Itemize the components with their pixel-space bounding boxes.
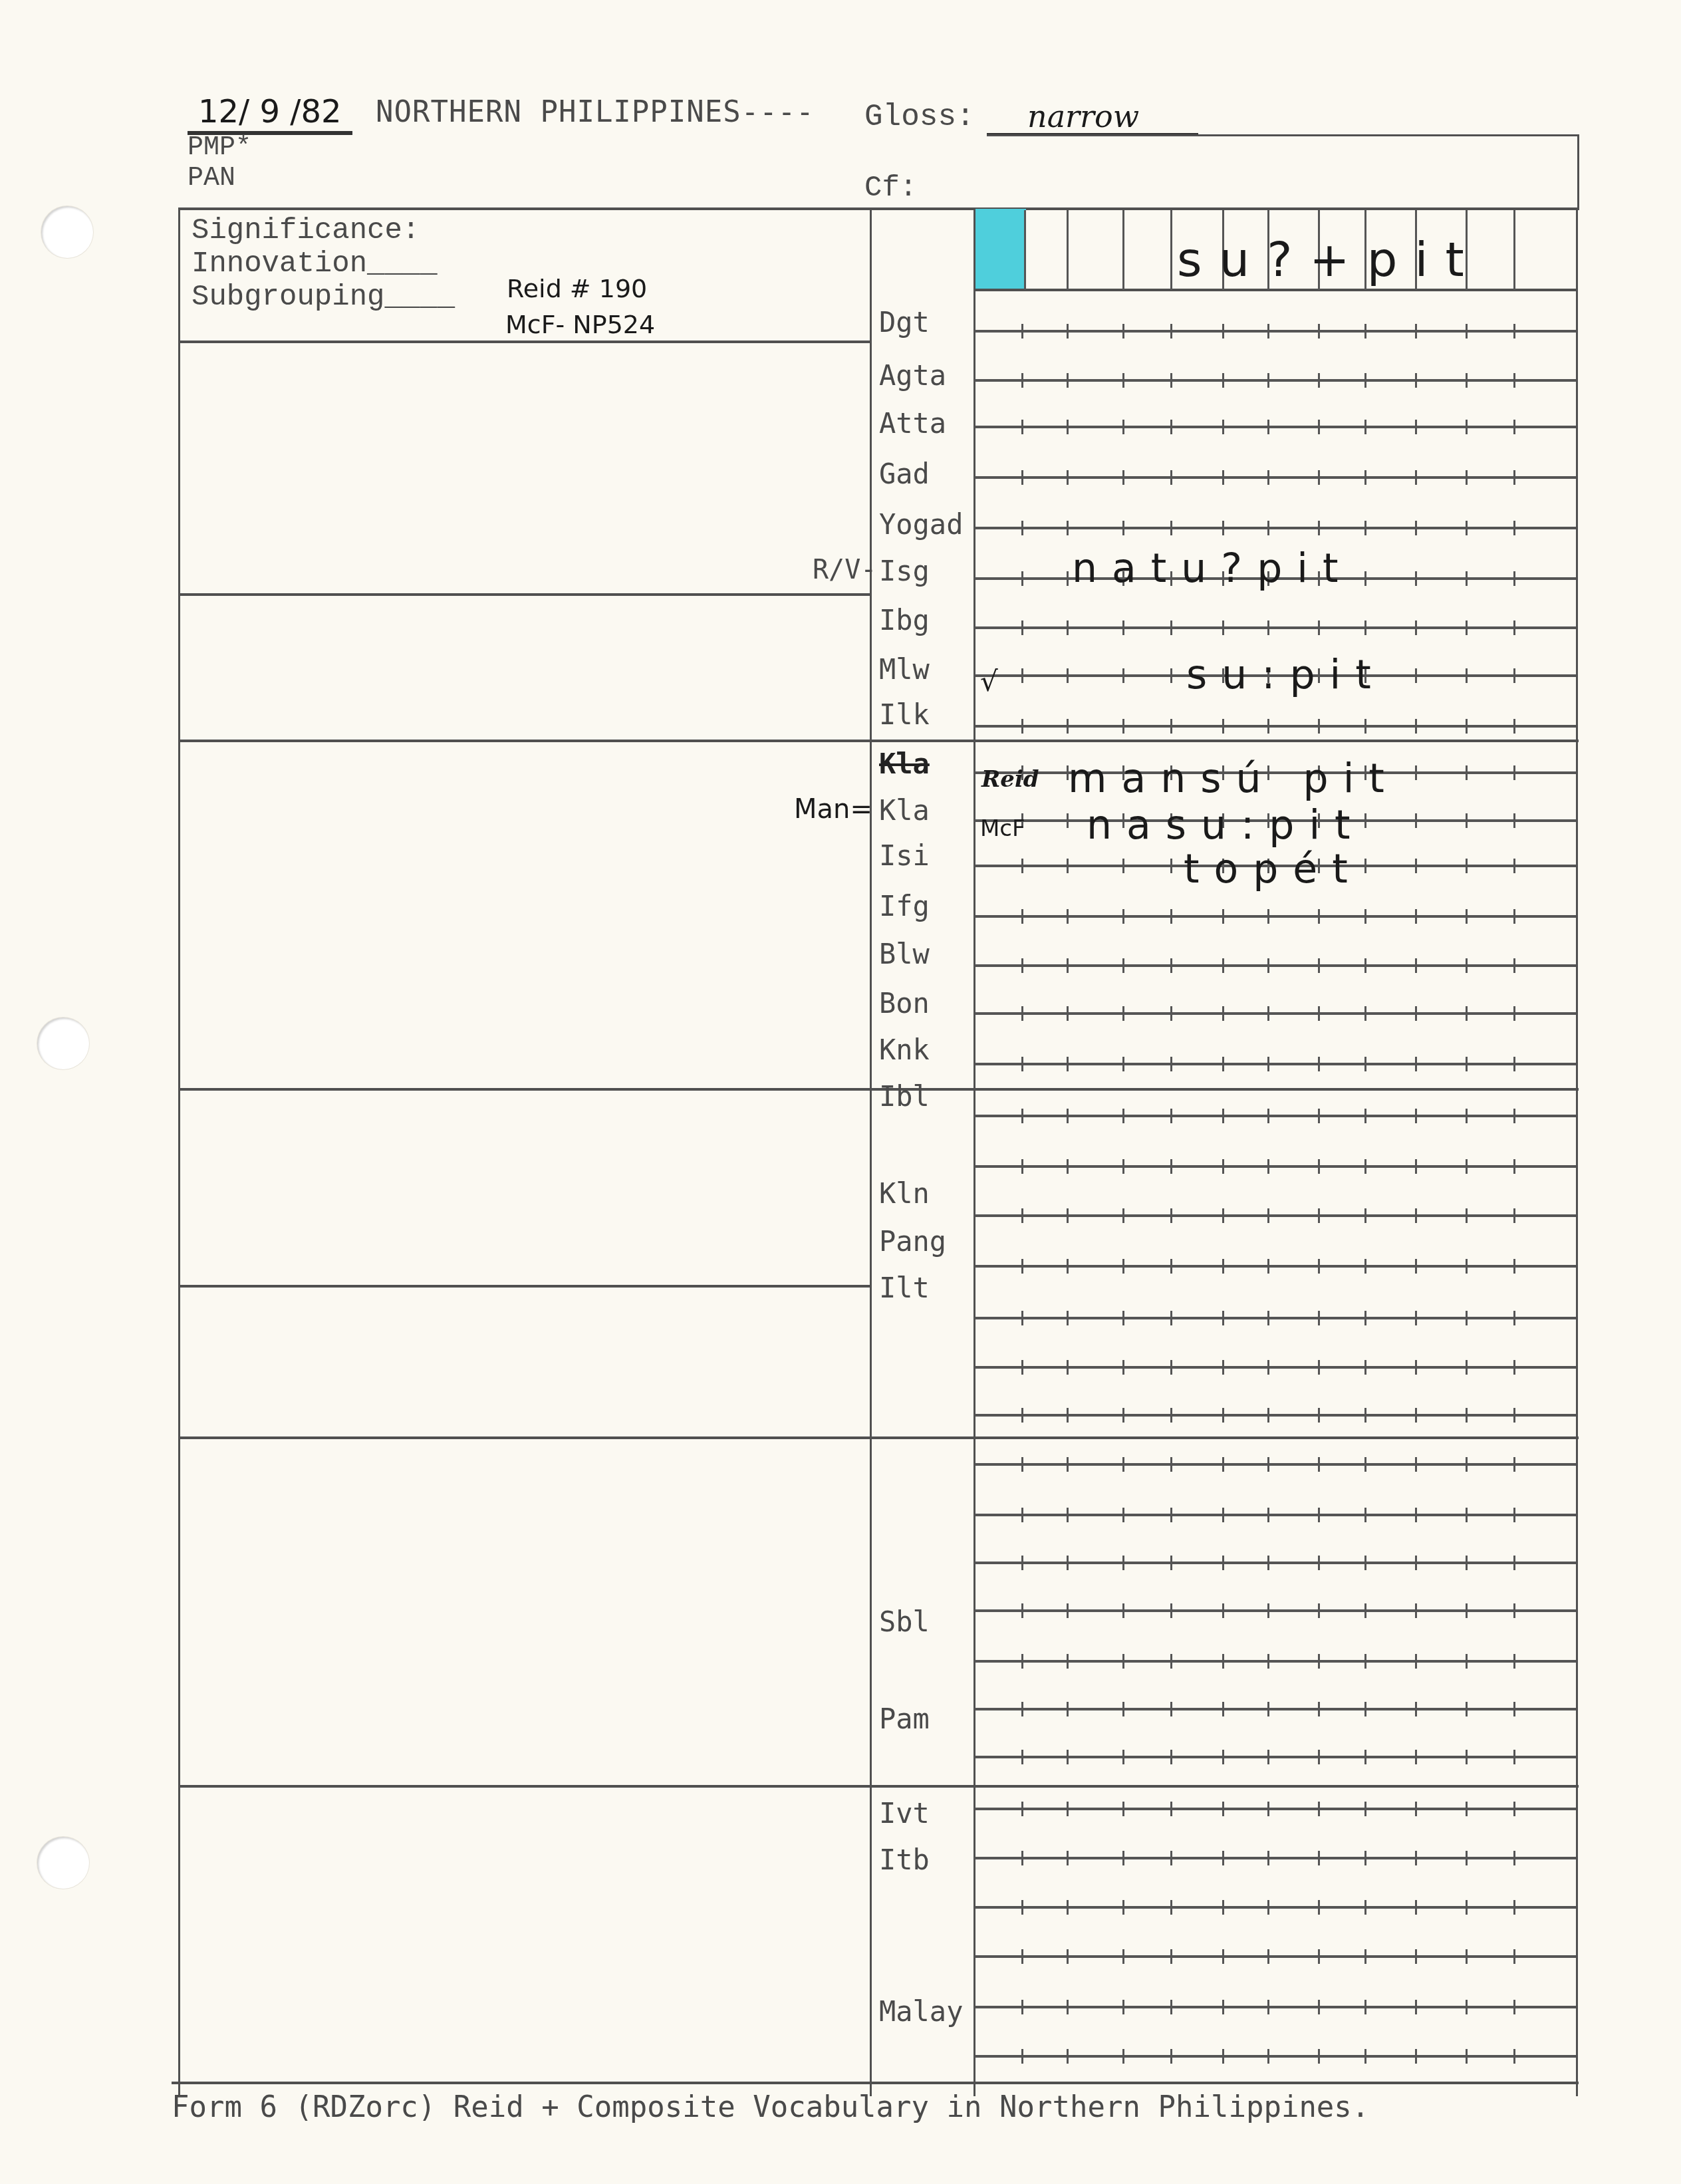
slot-divider <box>1170 210 1172 290</box>
rule-tick <box>1222 324 1224 339</box>
entry-rule <box>975 1463 1576 1466</box>
rule-tick <box>1466 813 1468 828</box>
rule-tick <box>1067 1408 1069 1423</box>
rule-tick <box>1267 1006 1269 1021</box>
rule-tick <box>1067 958 1069 973</box>
rule-tick <box>1318 470 1320 485</box>
rule-tick <box>1318 1851 1320 1865</box>
rule-tick <box>1170 1457 1172 1472</box>
rule-tick <box>1122 1109 1124 1123</box>
date: 12/ 9 /82 <box>198 93 342 130</box>
rule-tick <box>1222 373 1224 388</box>
rule-tick <box>1067 813 1069 828</box>
rule-tick <box>1067 571 1069 586</box>
rule-tick <box>1021 1360 1023 1375</box>
rule-tick <box>1067 324 1069 339</box>
rule-tick <box>1415 1259 1417 1274</box>
rule-tick <box>1513 1159 1515 1174</box>
language-label-ifg: Ifg <box>879 890 930 922</box>
rule-tick <box>1466 373 1468 388</box>
rule-tick <box>1122 373 1124 388</box>
pmp-label: PMP* <box>188 133 251 163</box>
rule-tick <box>1415 1208 1417 1223</box>
rule-tick <box>1267 1360 1269 1375</box>
rule-tick <box>1466 1208 1468 1223</box>
entry-rule <box>975 1857 1576 1859</box>
entry-rule <box>975 1063 1576 1065</box>
rule-tick <box>1122 1457 1124 1472</box>
rule-tick <box>1364 620 1366 635</box>
rule-tick <box>1415 813 1417 828</box>
rule-tick <box>1067 1360 1069 1375</box>
rule-tick <box>1415 1457 1417 1472</box>
rule-tick <box>1267 958 1269 973</box>
rule-tick <box>1318 373 1320 388</box>
rule-tick <box>1170 1802 1172 1816</box>
rule-tick <box>1067 1311 1069 1325</box>
rule-tick <box>1415 859 1417 873</box>
language-label-blw: Blw <box>879 938 930 970</box>
rule-tick <box>1170 373 1172 388</box>
rule-tick <box>1318 1057 1320 1071</box>
rule-tick <box>1021 1259 1023 1274</box>
rule-tick <box>1222 1750 1224 1764</box>
rule-tick <box>1222 1556 1224 1570</box>
rule-tick <box>1415 620 1417 635</box>
rule-tick <box>1267 1949 1269 1964</box>
rule-tick <box>1267 719 1269 734</box>
rule-tick <box>1466 719 1468 734</box>
rule-tick <box>1222 620 1224 635</box>
rule-tick <box>1318 1802 1320 1816</box>
rule-tick <box>1170 1208 1172 1223</box>
punch-hole-bottom <box>37 1837 89 1889</box>
subgrouping-field[interactable]: Subgrouping____ <box>192 281 455 314</box>
rule-tick <box>1222 909 1224 924</box>
rule-tick <box>1170 1159 1172 1174</box>
rule-tick <box>1513 1750 1515 1764</box>
rule-tick <box>1267 420 1269 434</box>
rule-tick <box>1021 958 1023 973</box>
rule-tick <box>1122 1360 1124 1375</box>
rule-tick <box>1170 1603 1172 1618</box>
rule-tick <box>1364 2000 1366 2014</box>
entry-rule <box>975 1562 1576 1564</box>
rule-tick <box>1067 2049 1069 2064</box>
entry-kla-mcf[interactable]: nasu:pit <box>1087 802 1365 849</box>
rule-tick <box>1364 859 1366 873</box>
reconstruction-form[interactable]: su?+pit <box>1177 231 1482 287</box>
gloss-label: Gloss: <box>864 100 975 134</box>
rule-tick <box>1415 2000 1417 2014</box>
rule-tick <box>1415 1408 1417 1423</box>
rule-tick <box>1466 1949 1468 1964</box>
entry-rule <box>975 964 1576 967</box>
frame-left <box>178 207 180 2096</box>
rule-tick <box>1513 1702 1515 1716</box>
rule-tick <box>1067 1851 1069 1865</box>
rule-tick <box>1170 1556 1172 1570</box>
rule-tick <box>1318 324 1320 339</box>
rule-tick <box>1318 1508 1320 1522</box>
rule-tick <box>1318 521 1320 535</box>
rule-tick <box>1415 1159 1417 1174</box>
language-prefix: R/V- <box>813 555 876 585</box>
rule-tick <box>1466 1057 1468 1071</box>
rule-tick <box>1222 521 1224 535</box>
rule-tick <box>1021 620 1023 635</box>
rule-tick <box>1021 420 1023 434</box>
rule-tick <box>1415 1654 1417 1669</box>
rule-tick <box>1364 1654 1366 1669</box>
rule-tick <box>1021 1802 1023 1816</box>
language-label-atta: Atta <box>879 407 946 440</box>
rule-tick <box>1318 2000 1320 2014</box>
rule-tick <box>1267 1900 1269 1915</box>
rule-tick <box>1170 1311 1172 1325</box>
rule-tick <box>1222 470 1224 485</box>
left-divider-4 <box>178 1088 1579 1091</box>
entry-rule <box>975 1214 1576 1217</box>
rule-tick <box>1067 1750 1069 1764</box>
rule-tick <box>1318 1159 1320 1174</box>
rule-tick <box>1318 1208 1320 1223</box>
language-label-ilk: Ilk <box>879 698 930 731</box>
innovation-field[interactable]: Innovation____ <box>192 247 455 281</box>
rule-tick <box>1513 1949 1515 1964</box>
rule-tick <box>1513 1360 1515 1375</box>
rule-tick <box>1267 1556 1269 1570</box>
rule-tick <box>1021 521 1023 535</box>
rule-tick <box>1318 1311 1320 1325</box>
rule-tick <box>1364 1802 1366 1816</box>
punch-hole-middle <box>37 1018 89 1069</box>
rule-tick <box>1021 668 1023 683</box>
rule-tick <box>1466 521 1468 535</box>
rule-tick <box>1170 2000 1172 2014</box>
rule-tick <box>1466 909 1468 924</box>
rule-tick <box>1415 765 1417 780</box>
rule-tick <box>1415 521 1417 535</box>
rule-tick <box>1466 420 1468 434</box>
rule-tick <box>1122 1408 1124 1423</box>
rule-tick <box>1122 1900 1124 1915</box>
rule-tick <box>1513 373 1515 388</box>
rule-tick <box>1513 668 1515 683</box>
rule-tick <box>1067 859 1069 873</box>
frame-right-top <box>1577 134 1579 210</box>
entry-rule <box>975 1756 1576 1758</box>
rule-tick <box>1122 1603 1124 1618</box>
entry-rule <box>975 476 1576 479</box>
entry-rule <box>975 1906 1576 1909</box>
rule-tick <box>1067 620 1069 635</box>
rule-tick <box>1021 470 1023 485</box>
left-divider-6 <box>178 1436 1579 1439</box>
rule-tick <box>1021 1508 1023 1522</box>
slot-divider <box>1513 210 1515 290</box>
label-column-right <box>973 207 975 2096</box>
rule-tick <box>1513 420 1515 434</box>
frame-top-right <box>987 134 1579 136</box>
cf-label: Cf: <box>864 172 917 205</box>
frame-bottom <box>172 2082 1579 2084</box>
highlight-marker <box>975 209 1026 290</box>
rule-tick <box>1415 719 1417 734</box>
rule-tick <box>1067 909 1069 924</box>
rule-tick <box>1466 1750 1468 1764</box>
rule-tick <box>1364 521 1366 535</box>
rule-tick <box>1466 571 1468 586</box>
rule-tick <box>1415 1057 1417 1071</box>
rule-tick <box>1415 373 1417 388</box>
language-label-malay: Malay <box>879 1995 963 2028</box>
entry-rule <box>975 379 1576 382</box>
rule-tick <box>1267 1508 1269 1522</box>
rule-tick <box>1466 1360 1468 1375</box>
rule-tick <box>1513 1508 1515 1522</box>
rule-tick <box>1466 1702 1468 1716</box>
language-label-pam: Pam <box>879 1703 930 1735</box>
rule-tick <box>1318 1702 1320 1716</box>
language-label-pang: Pang <box>879 1225 946 1258</box>
entry-rule <box>975 1660 1576 1663</box>
pan-label: PAN <box>188 164 235 194</box>
entry-rule <box>975 725 1576 728</box>
rule-tick <box>1513 765 1515 780</box>
left-divider-5 <box>178 1285 871 1288</box>
rule-tick <box>1222 420 1224 434</box>
significance-block: Significance: Innovation____ Subgrouping… <box>192 214 455 314</box>
rule-tick <box>1222 1408 1224 1423</box>
rule-tick <box>1021 2000 1023 2014</box>
rule-tick <box>1021 1750 1023 1764</box>
rule-tick <box>1513 1457 1515 1472</box>
rule-tick <box>1513 470 1515 485</box>
rule-tick <box>1222 1457 1224 1472</box>
rule-tick <box>1364 1208 1366 1223</box>
entry-isg[interactable]: natu?pit <box>1072 545 1353 592</box>
rule-tick <box>1170 324 1172 339</box>
rule-tick <box>1513 1006 1515 1021</box>
language-label-yogad: Yogad <box>879 508 963 541</box>
rule-tick <box>1170 1408 1172 1423</box>
rule-tick <box>1222 1508 1224 1522</box>
entry-mlw[interactable]: su:pit <box>1186 652 1386 698</box>
rule-tick <box>1021 1208 1023 1223</box>
rule-tick <box>1122 719 1124 734</box>
rule-tick <box>1222 1360 1224 1375</box>
rule-tick <box>1170 1259 1172 1274</box>
rule-tick <box>1170 1654 1172 1669</box>
rule-tick <box>1267 1603 1269 1618</box>
rule-tick <box>1021 1949 1023 1964</box>
rule-tick <box>1067 373 1069 388</box>
rule-tick <box>1318 2049 1320 2064</box>
rule-tick <box>1415 1949 1417 1964</box>
rule-tick <box>1364 719 1366 734</box>
rule-tick <box>1267 1259 1269 1274</box>
rule-tick <box>1513 1408 1515 1423</box>
rule-tick <box>1513 620 1515 635</box>
entry-rule <box>975 915 1576 918</box>
rule-tick <box>1067 470 1069 485</box>
rule-tick <box>1415 1556 1417 1570</box>
rule-tick <box>1415 1109 1417 1123</box>
rule-tick <box>1267 1802 1269 1816</box>
rule-tick <box>1222 1802 1224 1816</box>
rule-tick <box>1513 1851 1515 1865</box>
rule-tick <box>1466 765 1468 780</box>
rule-tick <box>1267 1057 1269 1071</box>
entry-isi[interactable]: topét <box>1184 846 1362 892</box>
rule-tick <box>1415 909 1417 924</box>
gloss-value[interactable]: narrow <box>1027 98 1139 134</box>
rule-tick <box>1170 2049 1172 2064</box>
rule-tick <box>1122 1851 1124 1865</box>
rule-tick <box>1267 909 1269 924</box>
rule-tick <box>1170 521 1172 535</box>
rule-tick <box>1170 958 1172 973</box>
entry-rule <box>975 1708 1576 1710</box>
rule-tick <box>1222 1851 1224 1865</box>
rule-tick <box>1364 1750 1366 1764</box>
rule-tick <box>1466 620 1468 635</box>
rule-tick <box>1267 1702 1269 1716</box>
rule-tick <box>1067 1654 1069 1669</box>
rule-tick <box>1122 1311 1124 1325</box>
rule-tick <box>1267 1457 1269 1472</box>
entry-rule <box>975 2006 1576 2008</box>
rule-tick <box>1170 1851 1172 1865</box>
rule-tick <box>1021 571 1023 586</box>
rule-tick <box>1267 1408 1269 1423</box>
rule-tick <box>1415 324 1417 339</box>
rule-tick <box>1222 1603 1224 1618</box>
rule-tick <box>1364 1851 1366 1865</box>
rule-tick <box>1067 1900 1069 1915</box>
rule-tick <box>1067 1057 1069 1071</box>
rule-tick <box>1267 1750 1269 1764</box>
rule-tick <box>1067 1508 1069 1522</box>
rule-tick <box>1513 2049 1515 2064</box>
rule-tick <box>1364 1259 1366 1274</box>
label-column-left <box>870 207 872 2096</box>
rule-tick <box>1513 1900 1515 1915</box>
entry-rule <box>975 1609 1576 1612</box>
entry-rule <box>975 1514 1576 1516</box>
rule-tick <box>1021 909 1023 924</box>
rule-tick <box>1466 2049 1468 2064</box>
rule-tick <box>1267 620 1269 635</box>
rule-tick <box>1021 1057 1023 1071</box>
rule-tick <box>1067 420 1069 434</box>
rule-tick <box>1067 1802 1069 1816</box>
entry-kla-reid[interactable]: mansú pit <box>1068 755 1399 802</box>
rule-tick <box>1513 1109 1515 1123</box>
frame-right <box>1576 207 1578 2096</box>
rule-tick <box>1513 324 1515 339</box>
rule-tick <box>1267 373 1269 388</box>
frame-top <box>178 207 1579 210</box>
rule-tick <box>1222 2049 1224 2064</box>
rule-tick <box>1513 1311 1515 1325</box>
rule-tick <box>1067 1949 1069 1964</box>
rule-tick <box>1021 1900 1023 1915</box>
language-label-ibl: Ibl <box>879 1080 930 1113</box>
rule-tick <box>1364 1949 1366 1964</box>
rule-tick <box>1466 1851 1468 1865</box>
rule-tick <box>1222 1109 1224 1123</box>
slot-divider <box>1067 210 1069 290</box>
rule-tick <box>1364 1508 1366 1522</box>
rule-tick <box>1122 1654 1124 1669</box>
rule-tick <box>1267 1109 1269 1123</box>
rule-tick <box>1067 1556 1069 1570</box>
language-label-kln: Kln <box>879 1177 930 1210</box>
rule-tick <box>1122 1508 1124 1522</box>
rule-tick <box>1170 859 1172 873</box>
rule-tick <box>1021 1702 1023 1716</box>
rule-tick <box>1222 1702 1224 1716</box>
rule-tick <box>1170 1750 1172 1764</box>
rule-tick <box>1122 1259 1124 1274</box>
rule-tick <box>1021 1408 1023 1423</box>
rule-tick <box>1513 813 1515 828</box>
rule-tick <box>1318 719 1320 734</box>
language-label-mlw: Mlw <box>879 653 930 686</box>
rule-tick <box>1364 1900 1366 1915</box>
rule-tick <box>1318 1109 1320 1123</box>
rule-tick <box>1067 719 1069 734</box>
language-label-kla: Kla <box>879 748 930 780</box>
rule-tick <box>1364 571 1366 586</box>
rule-tick <box>1364 1603 1366 1618</box>
rule-tick <box>1364 2049 1366 2064</box>
rule-tick <box>1318 1408 1320 1423</box>
rule-tick <box>1364 470 1366 485</box>
entry-rule <box>975 527 1576 529</box>
rule-tick <box>1513 1603 1515 1618</box>
rule-tick <box>1466 1408 1468 1423</box>
rule-tick <box>1067 1208 1069 1223</box>
source-note-mcf: McF <box>980 815 1025 842</box>
rule-tick <box>1267 470 1269 485</box>
entry-rule <box>975 1317 1576 1319</box>
rule-tick <box>1513 958 1515 973</box>
rule-tick <box>1267 2049 1269 2064</box>
language-label-ilt: Ilt <box>879 1272 930 1304</box>
rule-tick <box>1513 1057 1515 1071</box>
rule-tick <box>1021 719 1023 734</box>
rule-tick <box>1466 1457 1468 1472</box>
rule-tick <box>1364 1057 1366 1071</box>
rule-tick <box>1415 1851 1417 1865</box>
source-note-reid: Reid <box>981 766 1039 793</box>
rule-tick <box>1466 668 1468 683</box>
rule-tick <box>1318 1603 1320 1618</box>
entry-rule <box>975 1955 1576 1958</box>
rule-tick <box>1513 1208 1515 1223</box>
rule-tick <box>1318 1006 1320 1021</box>
rule-tick <box>1222 1259 1224 1274</box>
rule-tick <box>1021 1851 1023 1865</box>
rule-tick <box>1415 958 1417 973</box>
rule-tick <box>1021 373 1023 388</box>
rule-tick <box>1021 1654 1023 1669</box>
left-divider-7 <box>178 1785 1579 1788</box>
rule-tick <box>1466 2000 1468 2014</box>
